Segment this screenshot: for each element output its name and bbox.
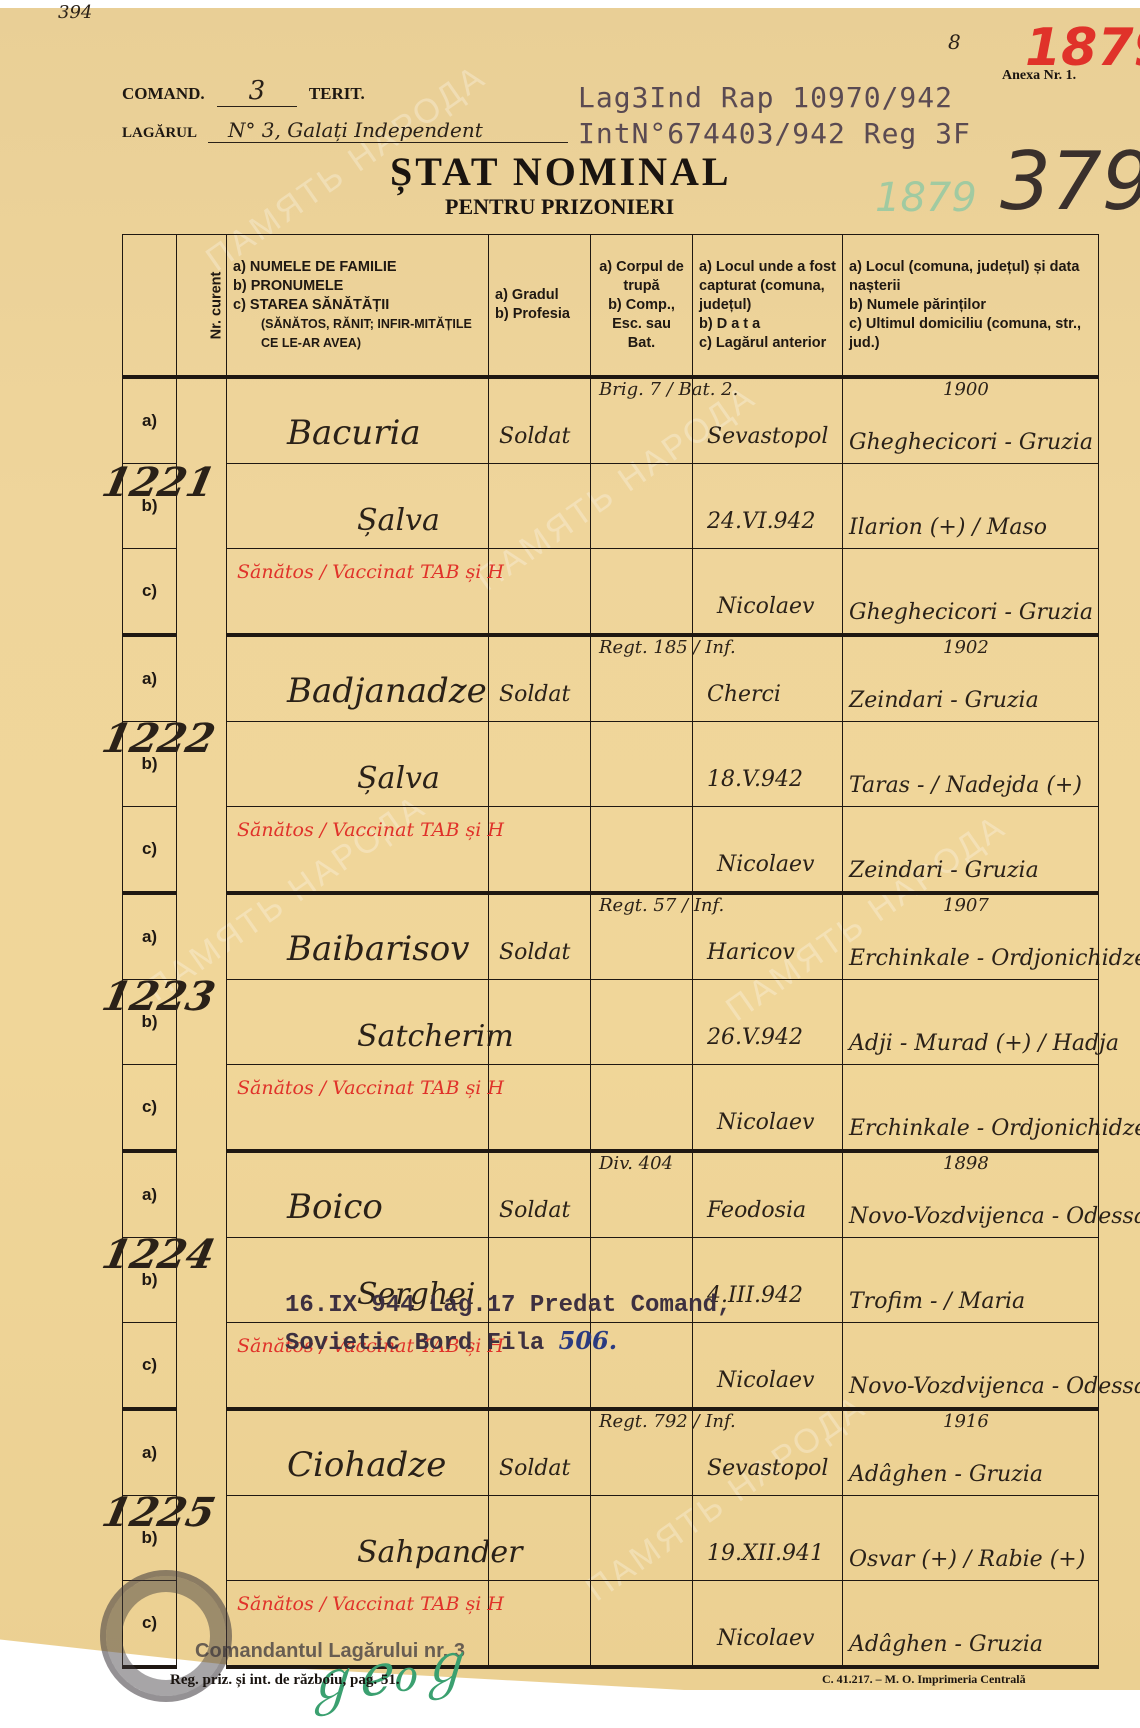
transfer-stamp-line2: Sovietic Bord Fila 506. bbox=[285, 1323, 731, 1361]
cell-name: Sănătos / Vaccinat TAB și H bbox=[227, 1065, 489, 1152]
cell-birth: Novo-Vozdvijenca - Odessa bbox=[843, 1323, 1099, 1410]
cell-birth: Adji - Murad (+) / Hadja bbox=[843, 980, 1099, 1065]
sub-label: c) bbox=[123, 549, 177, 636]
capture-date: 24.VI.942 bbox=[707, 509, 816, 534]
registry-stamp-line2: IntN°674403/942 Reg 3F bbox=[578, 116, 971, 152]
sub-label: c) bbox=[123, 1065, 177, 1152]
surname: Boico bbox=[287, 1187, 383, 1227]
cell-unit bbox=[591, 722, 693, 807]
cell-rank bbox=[489, 1065, 591, 1152]
cell-unit bbox=[591, 1065, 693, 1152]
capture-place: Sevastopol bbox=[707, 1456, 828, 1481]
cell-cap: Nicolaev bbox=[693, 1065, 843, 1152]
cell-name: Sahpander bbox=[227, 1496, 489, 1581]
parents: Osvar (+) / Rabie (+) bbox=[849, 1547, 1085, 1572]
cell-rank: Soldat bbox=[489, 1151, 591, 1238]
cell-rank bbox=[489, 1496, 591, 1581]
rank: Soldat bbox=[499, 682, 570, 707]
birth-place: Novo-Vozdvijenca - Odessa bbox=[849, 1204, 1140, 1229]
birth-year: 1898 bbox=[943, 1153, 989, 1174]
surname: Bacuria bbox=[287, 413, 421, 453]
margin-mark: 8 bbox=[948, 30, 961, 54]
last-domicile: Gheghecicori - Gruzia bbox=[849, 600, 1093, 625]
birth-place: Gheghecicori - Gruzia bbox=[849, 430, 1093, 455]
lagarul-value: N° 3, Galați Independent bbox=[208, 118, 568, 143]
header-capture: a) Locul unde a fost capturat (comuna, j… bbox=[693, 235, 843, 378]
cell-cap: Sevastopol bbox=[693, 1409, 843, 1496]
cell-cap: 18.V.942 bbox=[693, 722, 843, 807]
birth-year: 1900 bbox=[943, 379, 989, 400]
unit: Div. 404 bbox=[599, 1153, 673, 1175]
cell-name: Bacuria bbox=[227, 377, 489, 464]
cell-rank bbox=[489, 807, 591, 894]
cell-cap: Cherci bbox=[693, 635, 843, 722]
header-nr-curent: Nr. curent bbox=[177, 235, 227, 378]
birth-year: 1907 bbox=[943, 895, 989, 916]
cell-birth: Trofim - / Maria bbox=[843, 1238, 1099, 1323]
cell-unit bbox=[591, 1581, 693, 1668]
cell-unit bbox=[591, 980, 693, 1065]
nr-curent: 1225 bbox=[98, 1489, 219, 1536]
cell-name: Badjanadze bbox=[227, 635, 489, 722]
parents: Trofim - / Maria bbox=[849, 1289, 1025, 1314]
cell-unit: Regt. 57 / Inf. bbox=[591, 893, 693, 980]
table-header-row: Nr. curent a) NUMELE DE FAMILIE b) PRONU… bbox=[123, 235, 1099, 378]
red-sheet-number: 1879 bbox=[1025, 18, 1140, 78]
nr-curent: 1224 bbox=[98, 1231, 219, 1278]
registry-stamp-line1: Lag3Ind Rap 10970/942 bbox=[578, 80, 971, 116]
previous-camp: Nicolaev bbox=[717, 1110, 814, 1135]
cell-cap: Nicolaev bbox=[693, 807, 843, 894]
cell-unit bbox=[591, 549, 693, 636]
handwritten-sheet-number: 379 bbox=[1000, 135, 1140, 228]
cell-rank bbox=[489, 1581, 591, 1668]
last-domicile: Zeindari - Gruzia bbox=[849, 858, 1039, 883]
cell-birth: Erchinkale - Ordjonichidze bbox=[843, 1065, 1099, 1152]
lagarul-label: LAGĂRUL bbox=[122, 125, 196, 141]
cell-name: Boico bbox=[227, 1151, 489, 1238]
table-row: c)Sănătos / Vaccinat TAB și HNicolaevGhe… bbox=[123, 549, 1099, 636]
birth-place: Zeindari - Gruzia bbox=[849, 688, 1039, 713]
sub-label: c) bbox=[123, 1323, 177, 1410]
parents: Adji - Murad (+) / Hadja bbox=[849, 1031, 1119, 1056]
corner-page-number: 394 bbox=[58, 2, 92, 23]
cell-birth: 1900Gheghecicori - Gruzia bbox=[843, 377, 1099, 464]
fila-number: 506. bbox=[559, 1326, 617, 1355]
capture-date: 18.V.942 bbox=[707, 767, 803, 792]
health-status: Sănătos / Vaccinat TAB și H bbox=[237, 1593, 504, 1616]
parents: Taras - / Nadejda (+) bbox=[849, 773, 1082, 798]
footer-reference: Reg. priz. și int. de războiu, pag. 51. bbox=[170, 1672, 400, 1689]
cell-birth: Osvar (+) / Rabie (+) bbox=[843, 1496, 1099, 1581]
birth-year: 1916 bbox=[943, 1411, 989, 1432]
last-domicile: Adâghen - Gruzia bbox=[849, 1632, 1043, 1657]
table-row: a)1224BoicoSoldatDiv. 404Feodosia1898Nov… bbox=[123, 1151, 1099, 1238]
sub-label: a) bbox=[123, 635, 177, 722]
nr-curent: 1222 bbox=[98, 715, 219, 762]
sub-label: a) bbox=[123, 377, 177, 464]
first-name: Șalva bbox=[357, 761, 440, 796]
nr-curent: 1221 bbox=[98, 459, 219, 506]
cell-rank bbox=[489, 722, 591, 807]
table-row: c)Sănătos / Vaccinat TAB și HNicolaevErc… bbox=[123, 1065, 1099, 1152]
cell-cap: Nicolaev bbox=[693, 1581, 843, 1668]
previous-camp: Nicolaev bbox=[717, 852, 814, 877]
nr-curent-cell: 1223 bbox=[177, 893, 227, 1151]
cell-unit: Div. 404 bbox=[591, 1151, 693, 1238]
cell-name: Șalva bbox=[227, 464, 489, 549]
previous-camp: Nicolaev bbox=[717, 594, 814, 619]
table-row: b)Șalva18.V.942Taras - / Nadejda (+) bbox=[123, 722, 1099, 807]
sub-label: a) bbox=[123, 1409, 177, 1496]
capture-date: 26.V.942 bbox=[707, 1025, 803, 1050]
health-status: Sănătos / Vaccinat TAB și H bbox=[237, 561, 504, 584]
cell-rank: Soldat bbox=[489, 893, 591, 980]
cell-name: Baibarisov bbox=[227, 893, 489, 980]
page-subtitle: PENTRU PRIZONIERI bbox=[445, 194, 674, 220]
header-names: a) NUMELE DE FAMILIE b) PRONUMELE c) STA… bbox=[227, 235, 489, 378]
last-domicile: Novo-Vozdvijenca - Odessa bbox=[849, 1374, 1140, 1399]
capture-place: Haricov bbox=[707, 940, 795, 965]
transfer-stamp: 16.IX 944 Lag.17 Predat Comand, Sovietic… bbox=[285, 1288, 731, 1361]
rank: Soldat bbox=[499, 1456, 570, 1481]
cell-cap: 24.VI.942 bbox=[693, 464, 843, 549]
header-sublabel bbox=[123, 235, 177, 378]
nr-curent-cell: 1222 bbox=[177, 635, 227, 893]
cell-cap: Haricov bbox=[693, 893, 843, 980]
cell-name: Sănătos / Vaccinat TAB și H bbox=[227, 549, 489, 636]
health-status: Sănătos / Vaccinat TAB și H bbox=[237, 819, 504, 842]
birth-place: Adâghen - Gruzia bbox=[849, 1462, 1043, 1487]
previous-camp: Nicolaev bbox=[717, 1626, 814, 1651]
comand-value: 3 bbox=[217, 76, 297, 107]
terit-label: TERIT. bbox=[309, 84, 365, 103]
birth-place: Erchinkale - Ordjonichidze bbox=[849, 946, 1140, 971]
cell-unit bbox=[591, 807, 693, 894]
cell-cap: 26.V.942 bbox=[693, 980, 843, 1065]
previous-camp: Nicolaev bbox=[717, 1368, 814, 1393]
cell-birth: Gheghecicori - Gruzia bbox=[843, 549, 1099, 636]
transfer-stamp-line1: 16.IX 944 Lag.17 Predat Comand, bbox=[285, 1288, 731, 1323]
header-birth: a) Locul (comuna, județul) și data naște… bbox=[843, 235, 1099, 378]
cell-name: Sănătos / Vaccinat TAB și H bbox=[227, 807, 489, 894]
comand-line: COMAND. 3 TERIT. bbox=[122, 76, 365, 107]
cell-rank bbox=[489, 980, 591, 1065]
cell-name: Șalva bbox=[227, 722, 489, 807]
capture-place: Cherci bbox=[707, 682, 781, 707]
first-name: Șalva bbox=[357, 503, 440, 538]
surname: Ciohadze bbox=[287, 1445, 446, 1485]
cell-birth: Ilarion (+) / Maso bbox=[843, 464, 1099, 549]
cell-rank: Soldat bbox=[489, 1409, 591, 1496]
sub-label: c) bbox=[123, 807, 177, 894]
cell-rank: Soldat bbox=[489, 635, 591, 722]
birth-year: 1902 bbox=[943, 637, 989, 658]
header-rank: a) Gradul b) Profesia bbox=[489, 235, 591, 378]
table-row: b)Sahpander19.XII.941Osvar (+) / Rabie (… bbox=[123, 1496, 1099, 1581]
cell-name: Ciohadze bbox=[227, 1409, 489, 1496]
table-row: a)1222BadjanadzeSoldatRegt. 185 / Inf.Ch… bbox=[123, 635, 1099, 722]
capture-date: 19.XII.941 bbox=[707, 1541, 824, 1566]
surname: Badjanadze bbox=[287, 671, 487, 711]
header-unit: a) Corpul de trupă b) Comp., Esc. sau Ba… bbox=[591, 235, 693, 378]
parents: Ilarion (+) / Maso bbox=[849, 515, 1047, 540]
cell-unit: Brig. 7 / Bat. 2. bbox=[591, 377, 693, 464]
table-row: c)Sănătos / Vaccinat TAB și HNicolaevZei… bbox=[123, 807, 1099, 894]
cell-birth: 1907Erchinkale - Ordjonichidze bbox=[843, 893, 1099, 980]
table-row: b)Șalva24.VI.942Ilarion (+) / Maso bbox=[123, 464, 1099, 549]
nr-curent-cell: 1224 bbox=[177, 1151, 227, 1409]
cell-name: Satcherim bbox=[227, 980, 489, 1065]
capture-place: Sevastopol bbox=[707, 424, 828, 449]
cell-unit: Regt. 792 / Inf. bbox=[591, 1409, 693, 1496]
cell-cap: 19.XII.941 bbox=[693, 1496, 843, 1581]
cell-rank bbox=[489, 464, 591, 549]
rank: Soldat bbox=[499, 940, 570, 965]
table-row: b)Satcherim26.V.942Adji - Murad (+) / Ha… bbox=[123, 980, 1099, 1065]
cell-unit: Regt. 185 / Inf. bbox=[591, 635, 693, 722]
lagarul-line: LAGĂRUL N° 3, Galați Independent bbox=[122, 118, 576, 143]
cell-cap: Sevastopol bbox=[693, 377, 843, 464]
page-title: ȘTAT NOMINAL bbox=[390, 148, 732, 195]
cell-unit bbox=[591, 464, 693, 549]
cell-birth: 1898Novo-Vozdvijenca - Odessa bbox=[843, 1151, 1099, 1238]
cell-unit bbox=[591, 1496, 693, 1581]
registry-stamp: Lag3Ind Rap 10970/942 IntN°674403/942 Re… bbox=[578, 80, 971, 152]
cell-cap: Feodosia bbox=[693, 1151, 843, 1238]
table-row: a)1225CiohadzeSoldatRegt. 792 / Inf.Seva… bbox=[123, 1409, 1099, 1496]
cell-rank: Soldat bbox=[489, 377, 591, 464]
rank: Soldat bbox=[499, 1198, 570, 1223]
cell-birth: Taras - / Nadejda (+) bbox=[843, 722, 1099, 807]
nr-curent-cell: 1221 bbox=[177, 377, 227, 635]
cell-birth: 1902Zeindari - Gruzia bbox=[843, 635, 1099, 722]
cell-birth: Adâghen - Gruzia bbox=[843, 1581, 1099, 1668]
sub-label: a) bbox=[123, 1151, 177, 1238]
cell-birth: 1916Adâghen - Gruzia bbox=[843, 1409, 1099, 1496]
cell-cap: Nicolaev bbox=[693, 549, 843, 636]
last-domicile: Erchinkale - Ordjonichidze bbox=[849, 1116, 1140, 1141]
table-row: a)1223BaibarisovSoldatRegt. 57 / Inf.Har… bbox=[123, 893, 1099, 980]
health-status: Sănătos / Vaccinat TAB și H bbox=[237, 1077, 504, 1100]
comand-label: COMAND. bbox=[122, 84, 205, 103]
surname: Baibarisov bbox=[287, 929, 469, 969]
nr-curent: 1223 bbox=[98, 973, 219, 1020]
prisoner-table: Nr. curent a) NUMELE DE FAMILIE b) PRONU… bbox=[122, 234, 1099, 1669]
green-sheet-number: 1879 bbox=[875, 175, 977, 221]
sub-label: a) bbox=[123, 893, 177, 980]
cell-birth: Zeindari - Gruzia bbox=[843, 807, 1099, 894]
capture-place: Feodosia bbox=[707, 1198, 806, 1223]
rank: Soldat bbox=[499, 424, 570, 449]
table-row: a)1221BacuriaSoldatBrig. 7 / Bat. 2.Seva… bbox=[123, 377, 1099, 464]
footer-printer: C. 41.217. – M. O. Imprimeria Centrală bbox=[822, 1672, 1026, 1687]
cell-rank bbox=[489, 549, 591, 636]
